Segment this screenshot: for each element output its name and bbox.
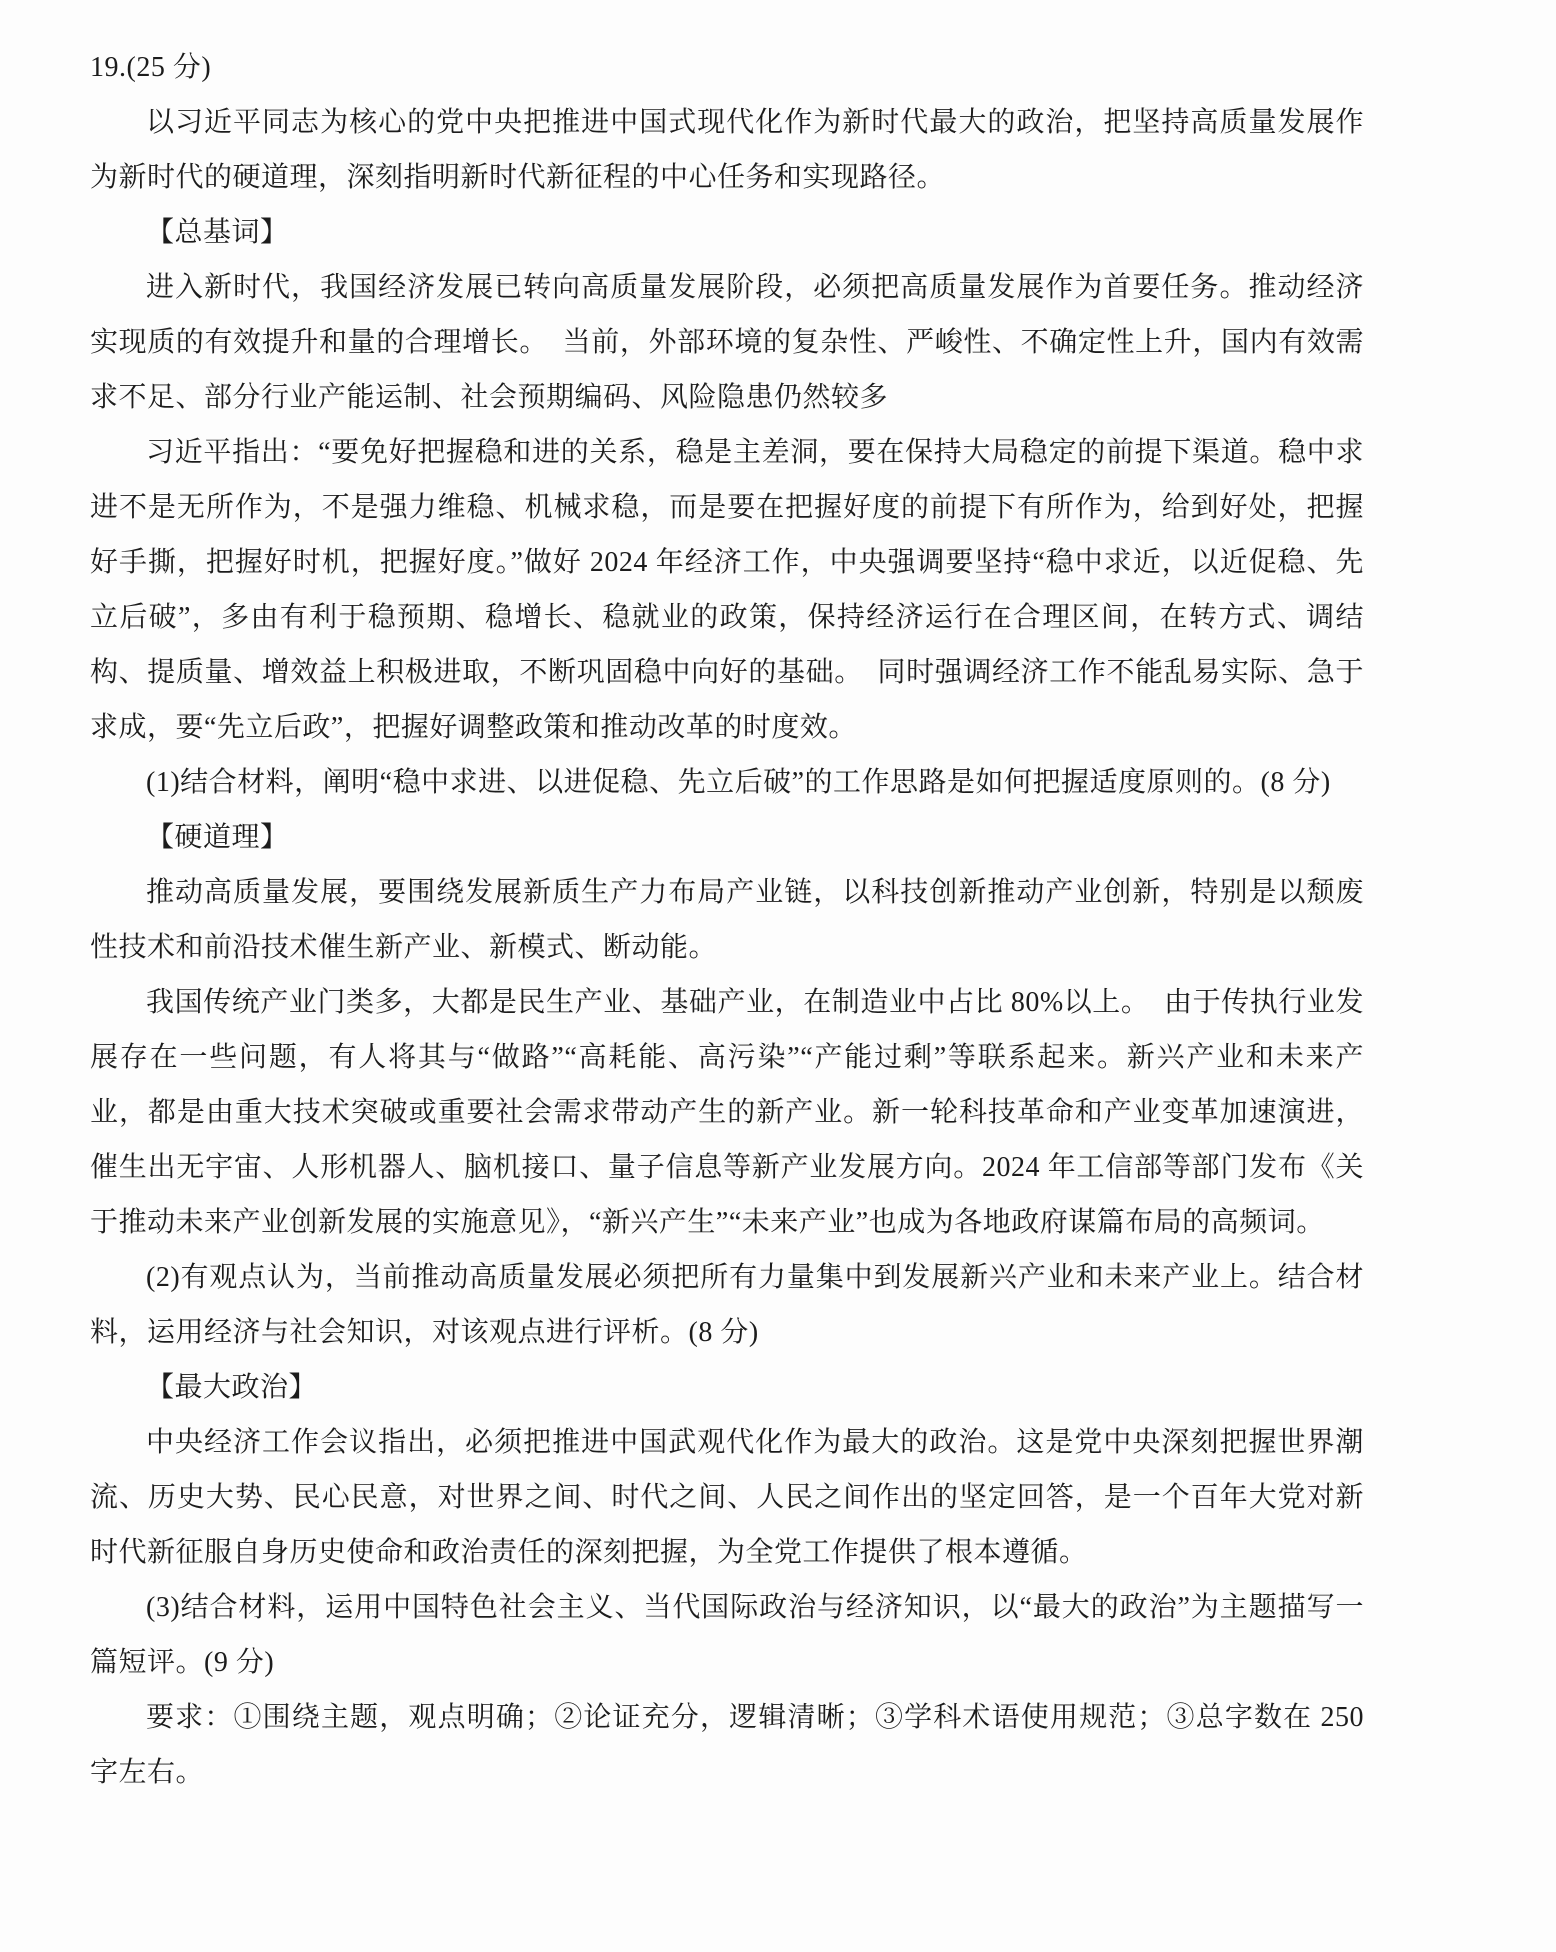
material-2-paragraph-2: 我国传统产业门类多，大都是民生产业、基础产业，在制造业中占比 80%以上。 由于…	[90, 975, 1364, 1250]
material-1-paragraph-2: 习近平指出：“要免好把握稳和进的关系，稳是主差洞，要在保持大局稳定的前提下渠道。…	[90, 425, 1364, 755]
question-number: 19.(25 分)	[90, 40, 1364, 95]
material-3-paragraph-1: 中央经济工作会议指出，必须把推进中国武观代化作为最大的政治。这是党中央深刻把握世…	[90, 1415, 1364, 1580]
exam-document-page: 19.(25 分) 以习近平同志为核心的党中央把推进中国式现代化作为新时代最大的…	[0, 0, 1556, 1952]
section-header-yingdaoli: 【硬道理】	[90, 810, 1364, 865]
sub-question-1: (1)结合材料，阐明“稳中求进、以进促稳、先立后破”的工作思路是如何把握适度原则…	[90, 755, 1364, 810]
material-1-paragraph-1: 进入新时代，我国经济发展已转向高质量发展阶段，必须把高质量发展作为首要任务。推动…	[90, 260, 1364, 425]
material-2-paragraph-1: 推动高质量发展，要围绕发展新质生产力布局产业链，以科技创新推动产业创新，特别是以…	[90, 865, 1364, 975]
sub-question-2: (2)有观点认为，当前推动高质量发展必须把所有力量集中到发展新兴产业和未来产业上…	[90, 1250, 1364, 1360]
sub-question-3: (3)结合材料，运用中国特色社会主义、当代国际政治与经济知识，以“最大的政治”为…	[90, 1580, 1364, 1690]
section-header-zongjici: 【总基词】	[90, 205, 1364, 260]
section-header-zuidazhengzhi: 【最大政治】	[90, 1360, 1364, 1415]
requirements-paragraph: 要求：①围绕主题，观点明确；②论证充分，逻辑清晰；③学科术语使用规范；③总字数在…	[90, 1690, 1364, 1800]
intro-paragraph: 以习近平同志为核心的党中央把推进中国式现代化作为新时代最大的政治，把坚持高质量发…	[90, 95, 1364, 205]
